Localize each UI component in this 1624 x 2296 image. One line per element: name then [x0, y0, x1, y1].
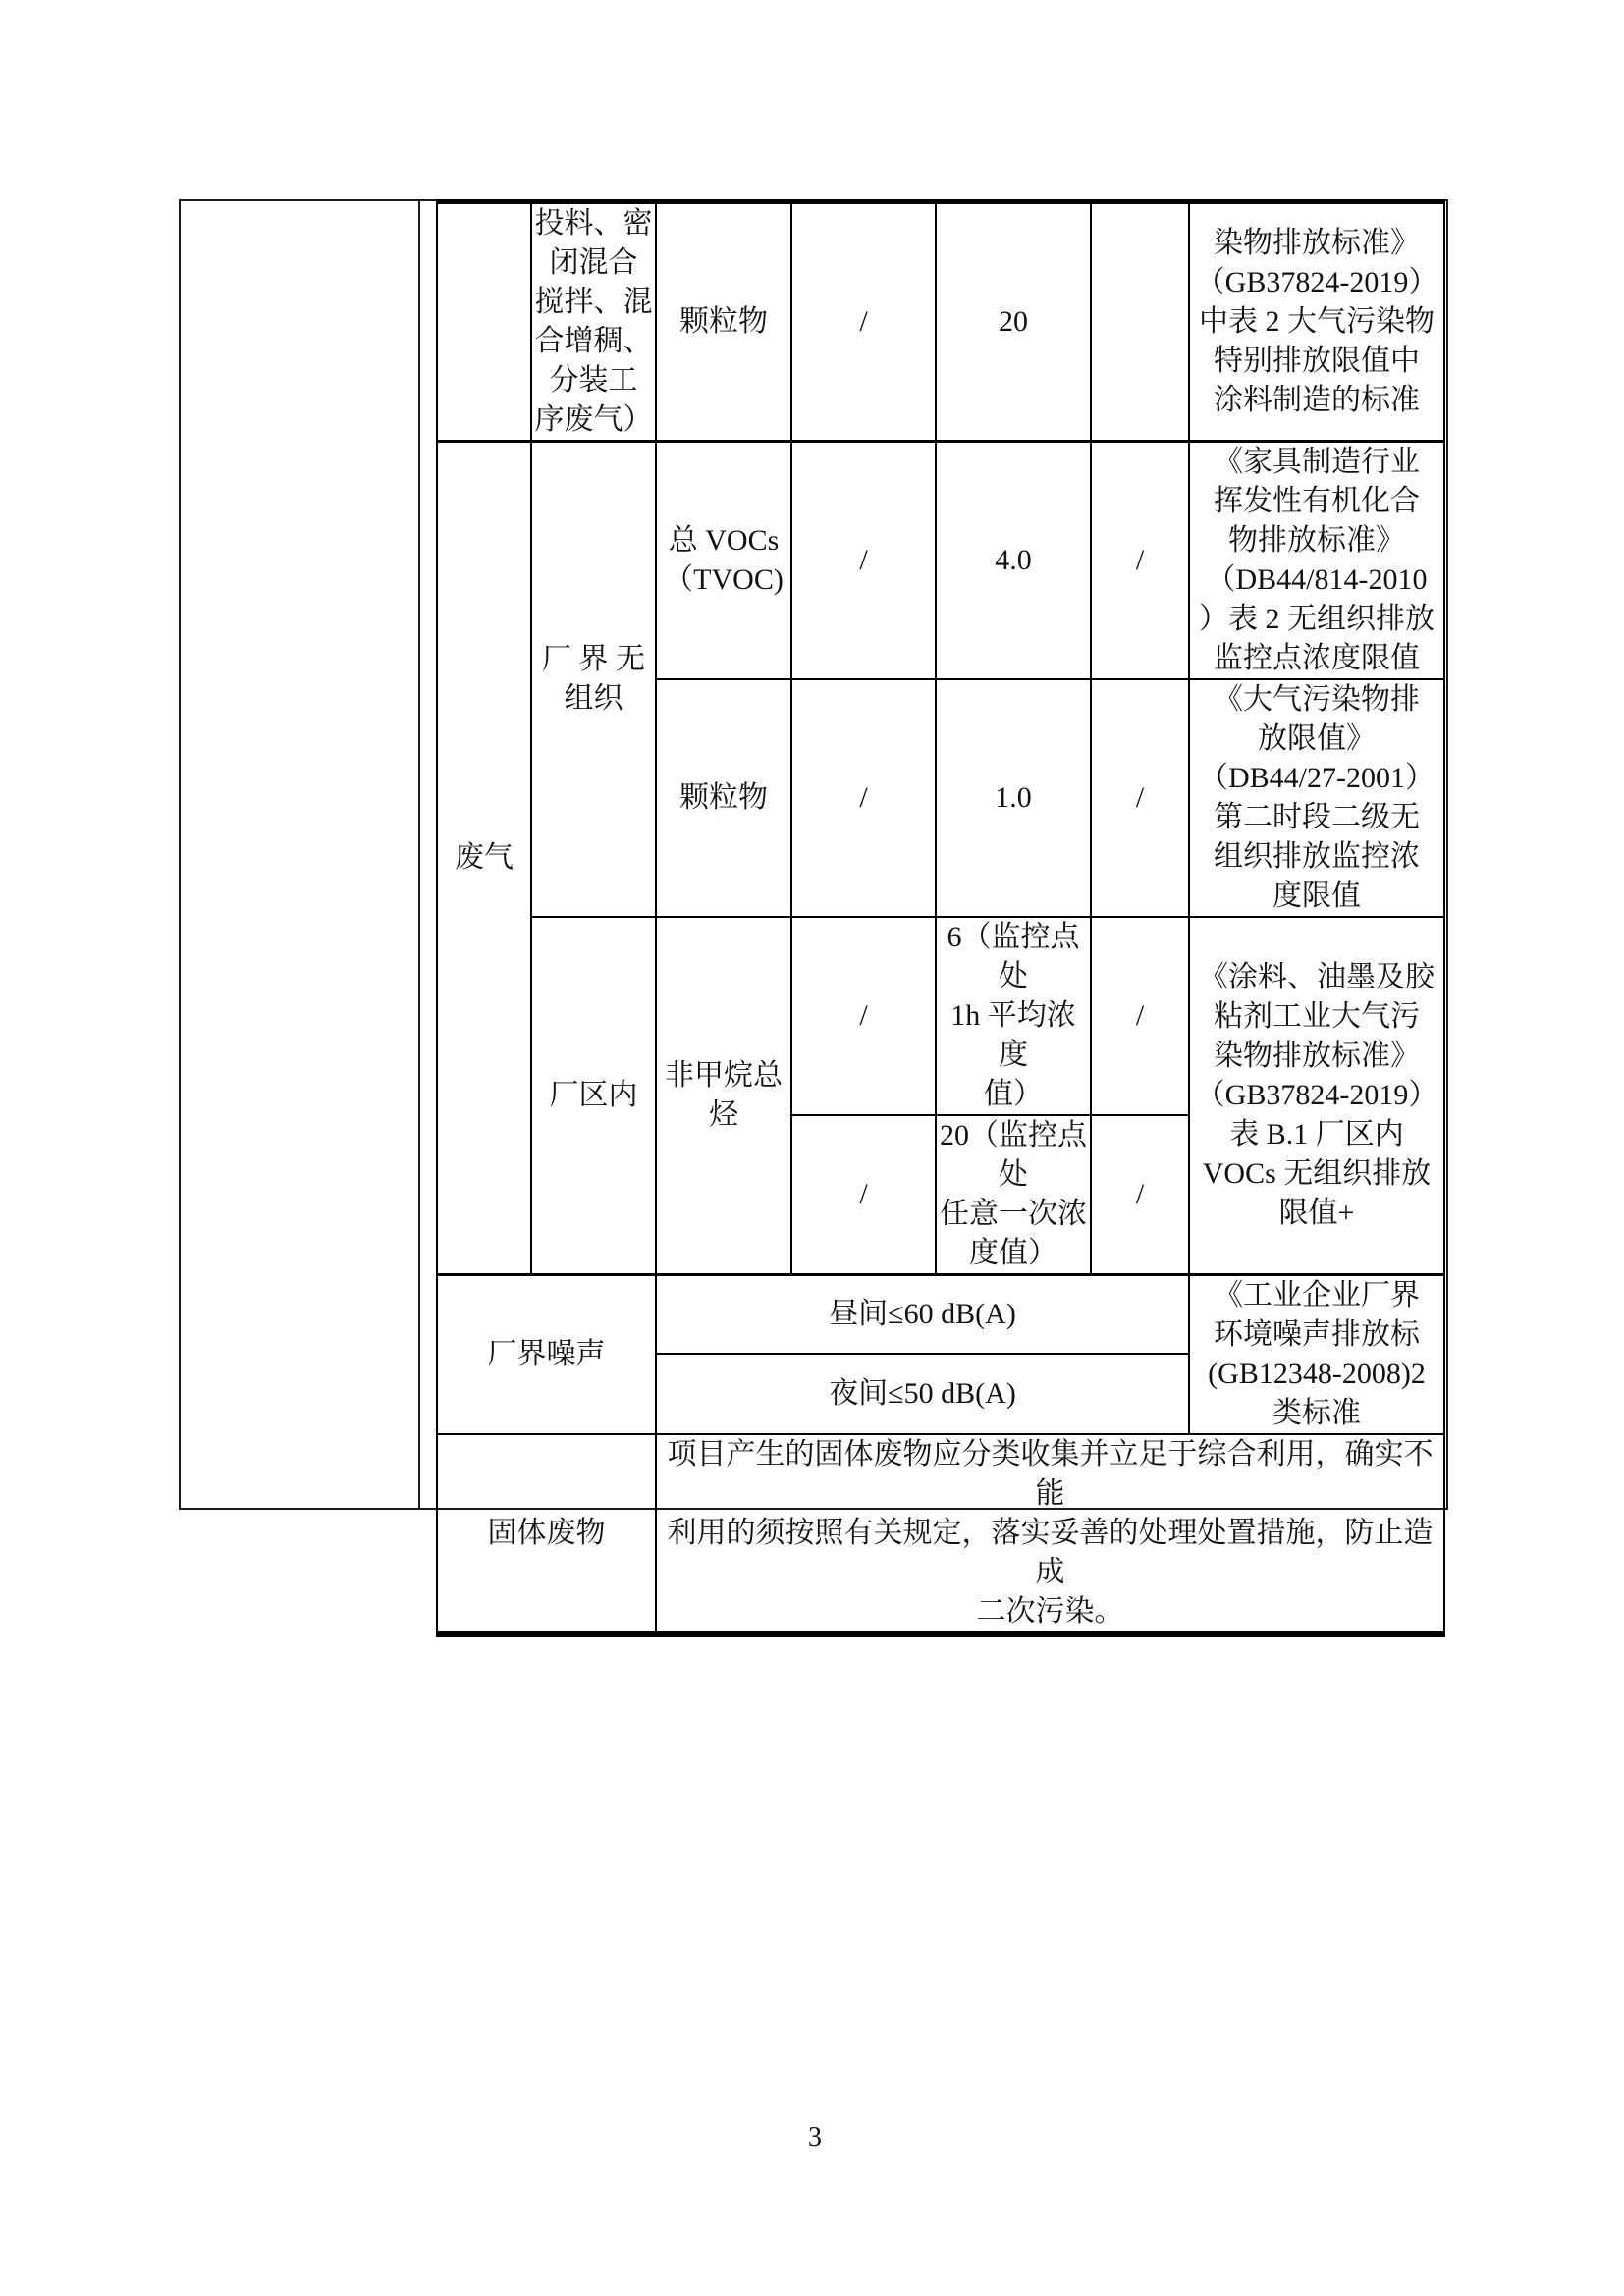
cell-limit-20-once: 20（监控点处 任意一次浓 度值）	[936, 1115, 1091, 1275]
cell-solid-waste-requirement: 项目产生的固体废物应分类收集并立足于综合利用，确实不能 利用的须按照有关规定，落…	[656, 1434, 1444, 1634]
cell-noise-day-limit: 昼间≤60 dB(A)	[656, 1275, 1189, 1355]
cell-slash: /	[791, 1115, 936, 1275]
cell-fugitive-boundary-label: 厂 界 无 组织	[531, 442, 656, 918]
cell-slash: /	[791, 202, 936, 442]
cell-limit-6-hourly: 6（监控点处 1h 平均浓度 值）	[936, 917, 1091, 1115]
document-page: 投料、密 闭混合 搅拌、混 合增稠、 分装工 序废气） 颗粒物 / 20 染物排…	[0, 0, 1624, 2296]
cell-standard-gb12348: 《工业企业厂界 环境噪声排放标 (GB12348-2008)2 类标准	[1189, 1275, 1444, 1435]
cell-slash: /	[1091, 1115, 1189, 1275]
cell-process-source: 投料、密 闭混合 搅拌、混 合增稠、 分装工 序废气）	[531, 202, 656, 442]
emission-standards-table: 投料、密 闭混合 搅拌、混 合增稠、 分装工 序废气） 颗粒物 / 20 染物排…	[436, 199, 1445, 1637]
cell-slash: /	[791, 917, 936, 1115]
cell-standard-gb37824-b1: 《涂料、油墨及胶 粘剂工业大气污 染物排放标准》 （GB37824-2019） …	[1189, 917, 1444, 1275]
cell-limit-1-0: 1.0	[936, 679, 1091, 917]
cell-standard-furniture-voc: 《家具制造行业 挥发性有机化合 物排放标准》 （DB44/814-2010 ）表…	[1189, 442, 1444, 680]
cell-solid-waste-label: 固体废物	[437, 1434, 656, 1634]
cell-plant-area-label: 厂区内	[531, 917, 656, 1275]
cell-pollutant-pm-stack: 颗粒物	[656, 202, 791, 442]
cell-empty-category	[437, 202, 531, 442]
cell-slash: /	[1091, 679, 1189, 917]
cell-standard-coatings-table2: 染物排放标准》 （GB37824-2019） 中表 2 大气污染物 特别排放限值…	[1189, 202, 1444, 442]
cell-empty-value	[1091, 202, 1189, 442]
cell-slash: /	[1091, 917, 1189, 1115]
cell-slash: /	[791, 442, 936, 680]
cell-pollutant-pm-fugitive: 颗粒物	[656, 679, 791, 917]
cell-noise-night-limit: 夜间≤50 dB(A)	[656, 1354, 1189, 1434]
cell-slash: /	[791, 679, 936, 917]
cell-limit-20: 20	[936, 202, 1091, 442]
cell-boundary-noise-label: 厂界噪声	[437, 1275, 656, 1435]
cell-slash: /	[1091, 442, 1189, 680]
page-number: 3	[756, 2122, 874, 2154]
cell-limit-4-0: 4.0	[936, 442, 1091, 680]
cell-standard-db44-27: 《大气污染物排 放限值》 （DB44/27-2001） 第二时段二级无 组织排放…	[1189, 679, 1444, 917]
cell-pollutant-nmhc: 非甲烷总 烃	[656, 917, 791, 1275]
form-column-divider	[418, 201, 420, 1508]
cell-pollutant-tvoc: 总 VOCs （TVOC)	[656, 442, 791, 680]
cell-waste-gas-label: 废气	[437, 442, 531, 1275]
